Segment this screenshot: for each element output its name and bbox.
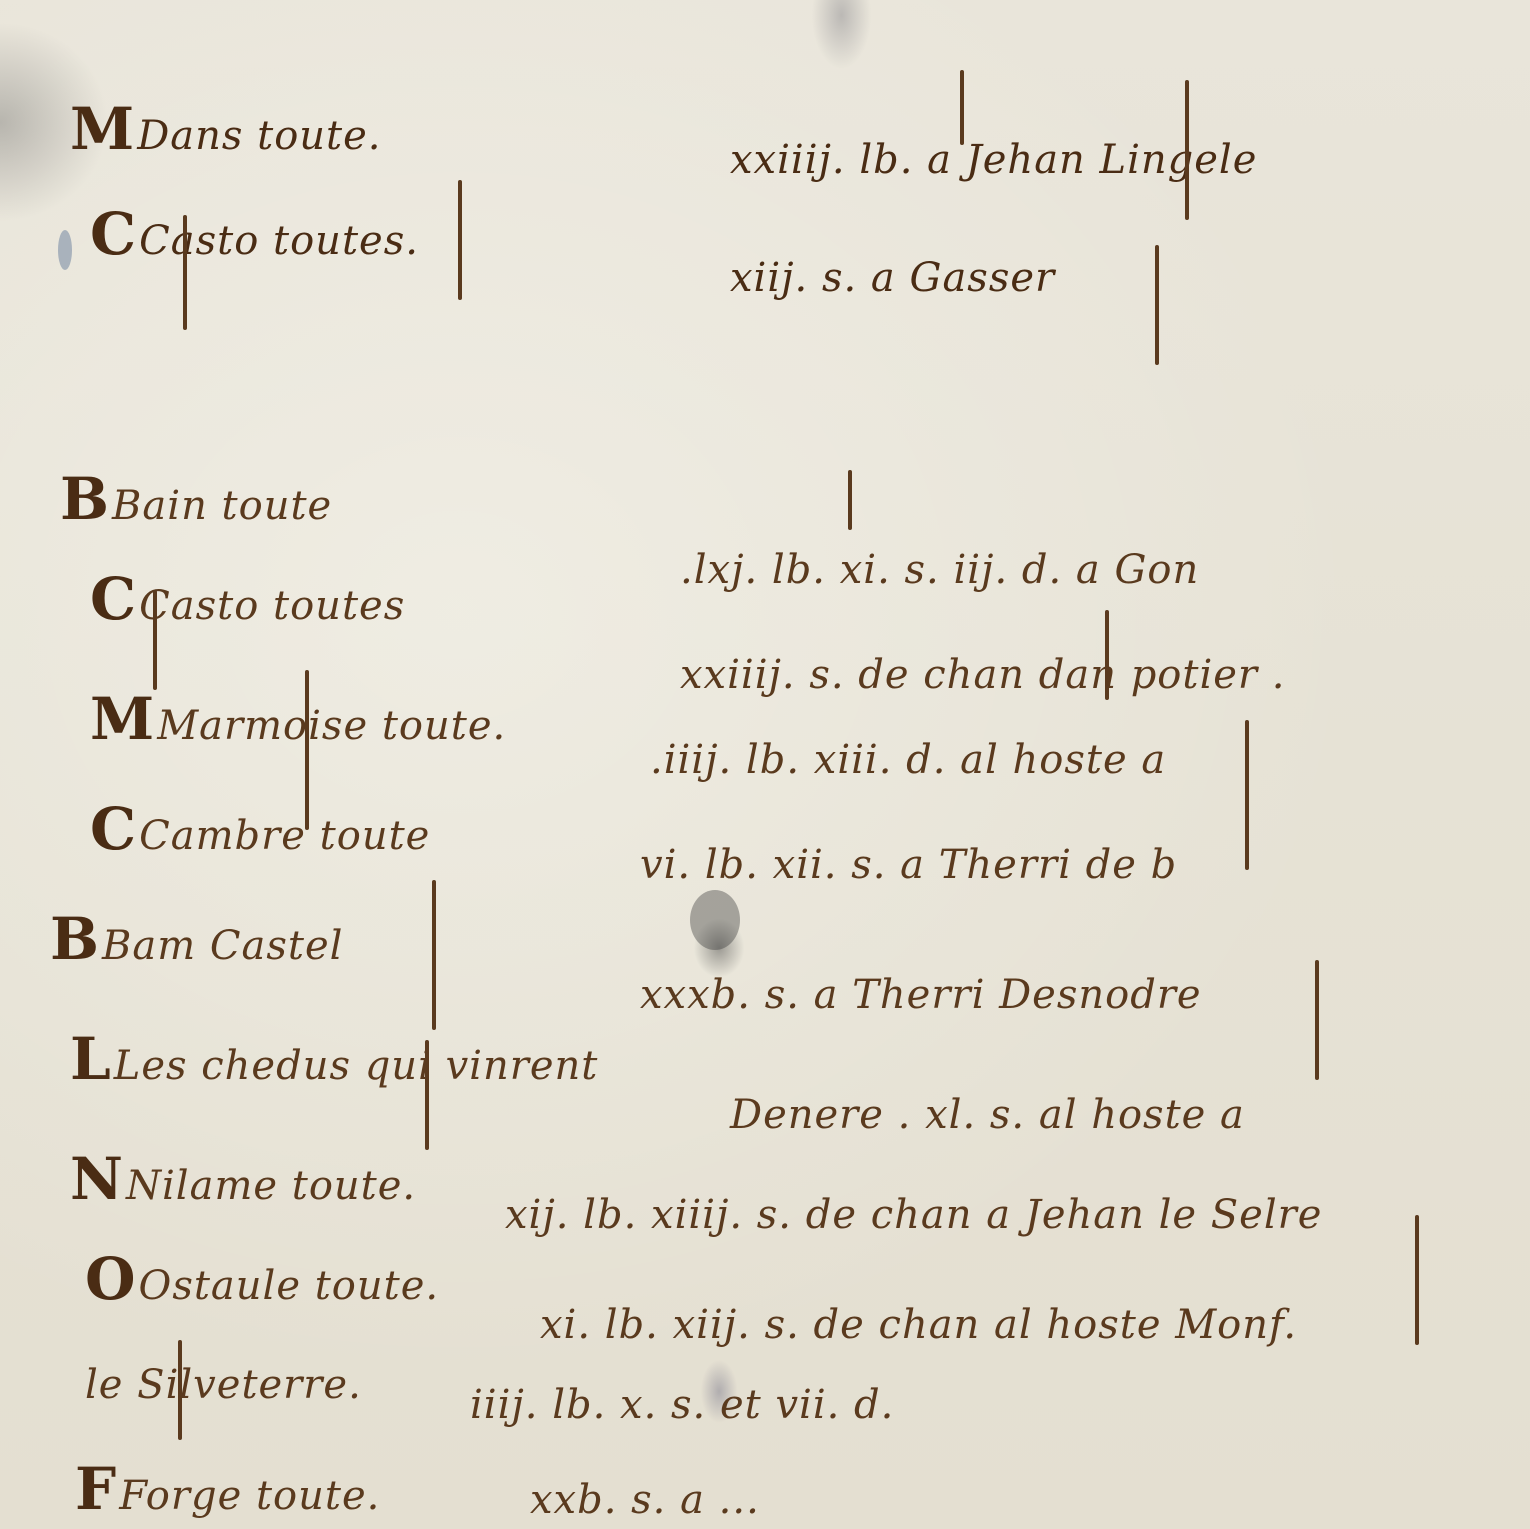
ascender-stroke — [153, 590, 157, 690]
entry-left: NNilame toute. — [70, 1150, 416, 1208]
entry-left-text: Marmoise toute. — [157, 703, 506, 749]
ascender-stroke — [960, 70, 964, 145]
entry-left: MMarmoise toute. — [90, 690, 506, 748]
entry-left: LLes chedus qui vinrent — [70, 1030, 598, 1088]
ascender-stroke — [1245, 720, 1249, 870]
entry-right: Denere . xl. s. al hoste a — [730, 1095, 1245, 1135]
entry-right: xi. lb. xiij. s. de chan al hoste Monf. — [540, 1305, 1297, 1345]
ascender-stroke — [848, 470, 852, 530]
entry-left-text: Bain toute — [112, 483, 332, 529]
entry-right: .lxj. lb. xi. s. iij. d. a Gon — [680, 550, 1199, 590]
entry-left: MDans toute. — [70, 100, 382, 158]
entry-left: CCasto toutes — [90, 570, 405, 628]
entry-right: xiij. s. a Gasser — [730, 258, 1055, 298]
entry-left: BBain toute — [60, 470, 332, 528]
entry-left-text: Ostaule toute. — [139, 1263, 440, 1309]
ascender-stroke — [1415, 1215, 1419, 1345]
ascender-stroke — [425, 1040, 429, 1150]
entry-left-text: Nilame toute. — [126, 1163, 416, 1209]
entry-right: .iiij. lb. xiii. d. al hoste a — [650, 740, 1166, 780]
decorated-initial: F — [75, 1455, 117, 1523]
ascender-stroke — [178, 1340, 182, 1440]
entry-left-text: Les chedus qui vinrent — [114, 1043, 599, 1089]
entry-right: xxb. s. a ... — [530, 1480, 760, 1520]
decorated-initial: C — [90, 200, 137, 268]
ascender-stroke — [432, 880, 436, 1030]
decorated-initial: O — [85, 1245, 137, 1313]
entry-right: xxiiij. s. de chan dan potier . — [680, 655, 1285, 695]
ascender-stroke — [1185, 80, 1189, 220]
decorated-initial: L — [70, 1025, 112, 1093]
ascender-stroke — [1105, 610, 1109, 700]
entry-left-text: Casto toutes — [139, 583, 405, 629]
entry-right: iiij. lb. x. s. et vii. d. — [470, 1385, 894, 1425]
ascender-stroke — [1155, 245, 1159, 365]
ascender-stroke — [1315, 960, 1319, 1080]
decorated-initial: N — [70, 1145, 124, 1213]
entry-left: BBam Castel — [50, 910, 343, 968]
entry-left: FForge toute. — [75, 1460, 380, 1518]
entry-left-text: Forge toute. — [119, 1473, 380, 1519]
decorated-initial: C — [90, 565, 137, 633]
entry-right: xxxb. s. a Therri Desnodre — [640, 975, 1202, 1015]
entry-right: xxiiij. lb. a Jehan Lingele — [730, 140, 1257, 180]
decorated-initial: M — [90, 685, 155, 753]
ascender-stroke — [183, 215, 187, 330]
entry-right: xij. lb. xiiij. s. de chan a Jehan le Se… — [505, 1195, 1322, 1235]
manuscript-page: MDans toute. CCasto toutes. xxiiij. lb. … — [0, 0, 1530, 1529]
entry-left: le Silveterre. — [85, 1365, 362, 1405]
ascender-stroke — [305, 670, 309, 830]
entry-left-text: Bam Castel — [102, 923, 343, 969]
ascender-stroke — [458, 180, 462, 300]
ink-blot — [58, 230, 72, 270]
decorated-initial: C — [90, 795, 137, 863]
entry-left: CCasto toutes. — [90, 205, 419, 263]
ink-blot — [690, 890, 740, 950]
entry-right: vi. lb. xii. s. a Therri de b — [640, 845, 1177, 885]
entry-left-text: Cambre toute — [139, 813, 430, 859]
entry-left: CCambre toute — [90, 800, 430, 858]
decorated-initial: B — [60, 465, 110, 533]
entry-left-text: Casto toutes. — [139, 218, 419, 264]
decorated-initial: B — [50, 905, 100, 973]
decorated-initial: M — [70, 95, 135, 163]
entry-left-text: Dans toute. — [137, 113, 381, 159]
entry-left: OOstaule toute. — [85, 1250, 439, 1308]
